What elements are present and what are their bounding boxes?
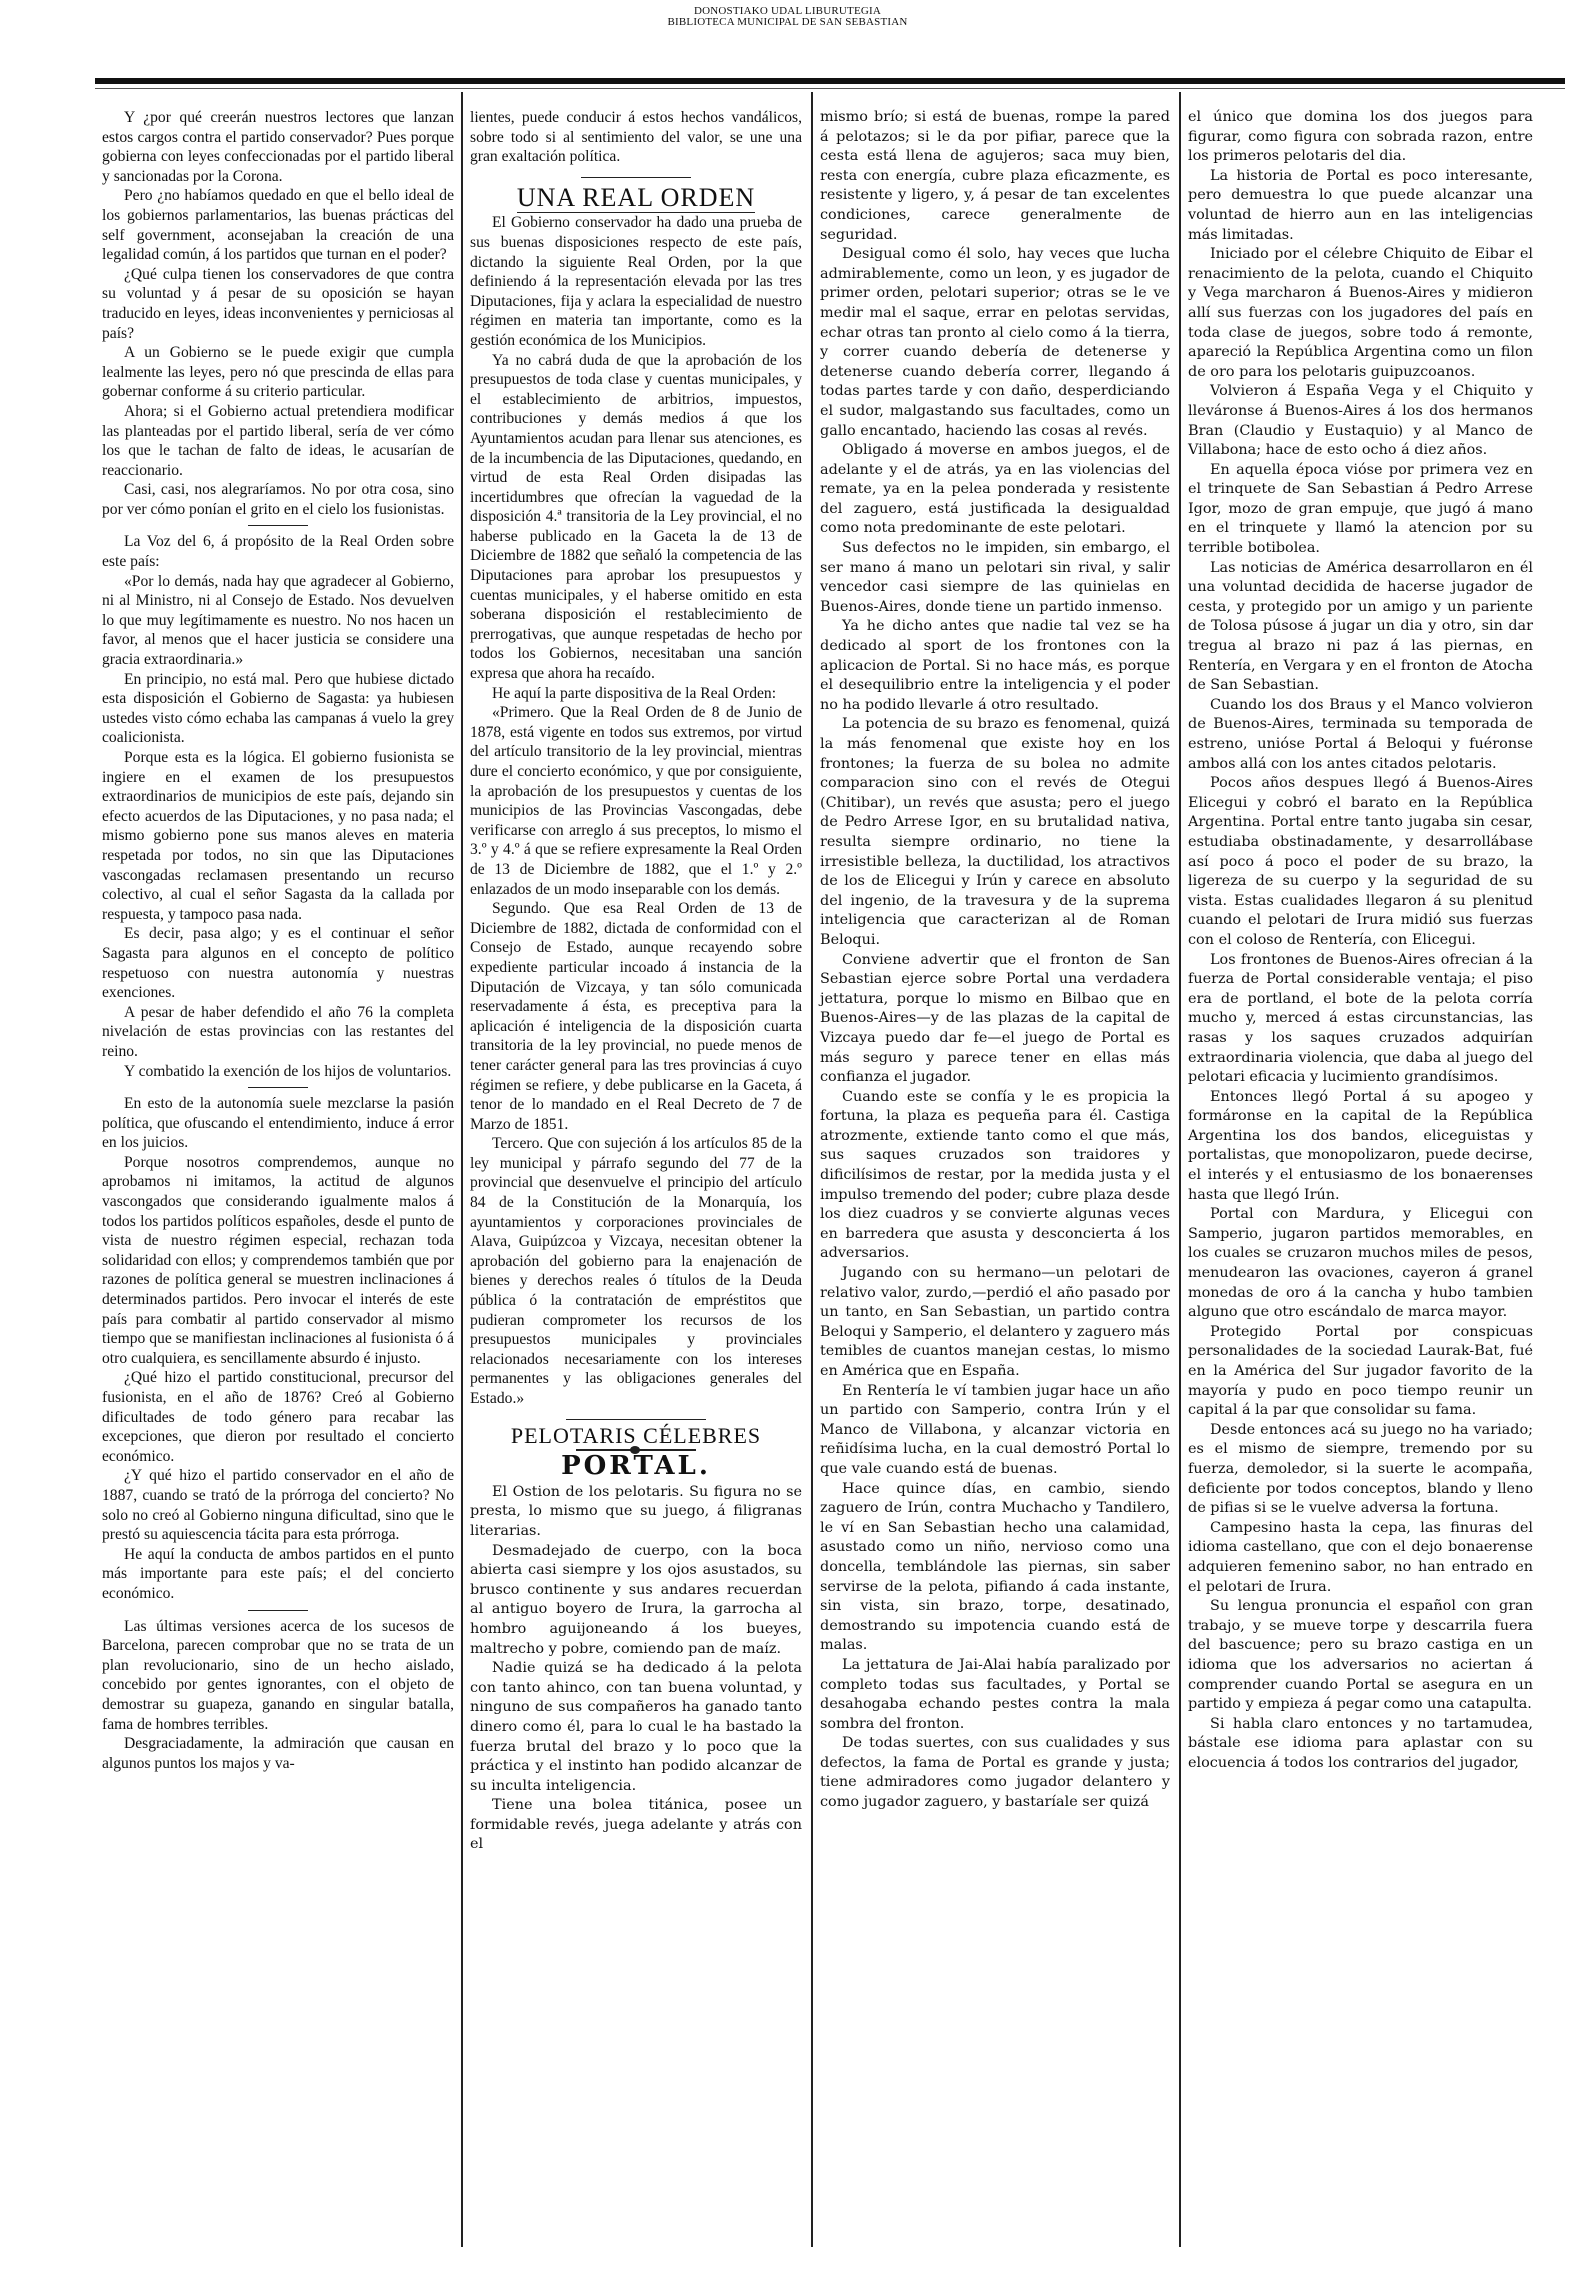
paragraph: De todas suertes, con sus cualidades y s… bbox=[820, 1734, 1170, 1812]
paragraph: Porque nosotros comprendemos, aunque no … bbox=[102, 1153, 454, 1369]
top-rule-thin bbox=[95, 88, 1565, 89]
paragraph: ¿Y qué hizo el partido conservador en el… bbox=[102, 1466, 454, 1544]
section-subheading-portal: PORTAL. bbox=[470, 1457, 802, 1477]
paragraph: A un Gobierno se le puede exigir que cum… bbox=[102, 343, 454, 402]
paragraph: Obligado á moverse en ambos juegos, el d… bbox=[820, 441, 1170, 539]
paragraph: La jettatura de Jai-Alai había paralizad… bbox=[820, 1656, 1170, 1734]
column-2: lientes, puede conducir á estos hechos v… bbox=[470, 108, 802, 1855]
paragraph: Iniciado por el célebre Chiquito de Eiba… bbox=[1188, 245, 1533, 382]
paragraph: Su lengua pronuncia el español con gran … bbox=[1188, 1597, 1533, 1715]
paragraph: «Primero. Que la Real Orden de 8 de Juni… bbox=[470, 703, 802, 899]
paragraph: La potencia de su brazo es fenomenal, qu… bbox=[820, 715, 1170, 950]
paragraph: Hace quince días, en cambio, siendo zagu… bbox=[820, 1480, 1170, 1656]
paragraph: Campesino hasta la cepa, las finuras del… bbox=[1188, 1519, 1533, 1597]
paragraph: Cuando los dos Braus y el Manco volviero… bbox=[1188, 696, 1533, 774]
paragraph: Ya no cabrá duda de que la aprobación de… bbox=[470, 351, 802, 684]
paragraph: Y ¿por qué creerán nuestros lectores que… bbox=[102, 108, 454, 186]
paragraph: Es decir, pasa algo; y es el continuar e… bbox=[102, 924, 454, 1002]
paragraph: Portal con Mardura, y Elicegui con Sampe… bbox=[1188, 1205, 1533, 1323]
column-3: mismo brío; si está de buenas, rompe la … bbox=[820, 108, 1170, 1813]
paragraph: Casi, casi, nos alegraríamos. No por otr… bbox=[102, 480, 454, 519]
column-1: Y ¿por qué creerán nuestros lectores que… bbox=[102, 108, 454, 1773]
column-divider-2 bbox=[811, 92, 813, 2247]
paragraph: La historia de Portal es poco interesant… bbox=[1188, 167, 1533, 245]
section-separator bbox=[581, 177, 691, 178]
paragraph: El Gobierno conservador ha dado una prue… bbox=[470, 213, 802, 350]
paragraph: La Voz del 6, á propósito de la Real Ord… bbox=[102, 532, 454, 571]
paragraph: Segundo. Que esa Real Orden de 13 de Dic… bbox=[470, 899, 802, 1134]
continued-paragraph: el único que domina los dos juegos para … bbox=[1188, 108, 1533, 167]
paragraph: Protegido Portal por conspicuas personal… bbox=[1188, 1323, 1533, 1421]
paragraph: He aquí la parte dispositiva de la Real … bbox=[470, 684, 802, 704]
paragraph: Las noticias de América desarrollaron en… bbox=[1188, 559, 1533, 696]
paragraph: Los frontones de Buenos-Aires ofrecian á… bbox=[1188, 951, 1533, 1088]
paragraph: Conviene advertir que el fronton de San … bbox=[820, 951, 1170, 1088]
section-heading-real-orden: UNA REAL ORDEN bbox=[470, 188, 802, 208]
paragraph: Cuando este se confía y le es propicia l… bbox=[820, 1088, 1170, 1264]
paragraph: Y combatido la exención de los hijos de … bbox=[102, 1062, 454, 1082]
paragraph: Tercero. Que con sujeción á los artículo… bbox=[470, 1134, 802, 1408]
continued-paragraph: mismo brío; si está de buenas, rompe la … bbox=[820, 108, 1170, 245]
paragraph: Sus defectos no le impiden, sin embargo,… bbox=[820, 539, 1170, 617]
paragraph: ¿Qué culpa tienen los conservadores de q… bbox=[102, 265, 454, 343]
portal-article-start: El Ostion de los pelotaris. Su figura no… bbox=[470, 1483, 802, 1855]
section-separator bbox=[566, 1419, 706, 1420]
paragraph: Pero ¿no habíamos quedado en que el bell… bbox=[102, 186, 454, 264]
paragraph: En aquella época vióse por primera vez e… bbox=[1188, 461, 1533, 559]
paragraph: En esto de la autonomía suele mezclarse … bbox=[102, 1094, 454, 1153]
column-4: el único que domina los dos juegos para … bbox=[1188, 108, 1533, 1773]
paragraph: Porque esta es la lógica. El gobierno fu… bbox=[102, 748, 454, 924]
paragraph: Entonces llegó Portal á su apogeo y form… bbox=[1188, 1088, 1533, 1206]
paragraph: ¿Qué hizo el partido constitucional, pre… bbox=[102, 1368, 454, 1466]
paragraph: En Rentería le ví tambien jugar hace un … bbox=[820, 1382, 1170, 1480]
paragraph: Si habla claro entonces y no tartamudea,… bbox=[1188, 1715, 1533, 1774]
quote-paragraph: «Por lo demás, nada hay que agradecer al… bbox=[102, 572, 454, 670]
paragraph: A pesar de haber defendido el año 76 la … bbox=[102, 1003, 454, 1062]
paragraph: Volvieron á España Vega y el Chiquito y … bbox=[1188, 382, 1533, 460]
paragraph: Desigual como él solo, hay veces que luc… bbox=[820, 245, 1170, 441]
paragraph: Pocos años despues llegó á Buenos-Aires … bbox=[1188, 774, 1533, 950]
paragraph: En principio, no está mal. Pero que hubi… bbox=[102, 670, 454, 748]
column-divider-1 bbox=[461, 92, 463, 2247]
paragraph: Desgraciadamente, la admiración que caus… bbox=[102, 1734, 454, 1773]
paragraph: Las últimas versiones acerca de los suce… bbox=[102, 1617, 454, 1735]
library-stamp: DONOSTIAKO UDAL LIBURUTEGIA BIBLIOTECA M… bbox=[0, 6, 1575, 28]
top-rule bbox=[95, 78, 1565, 84]
ornament-divider bbox=[576, 1449, 696, 1451]
paragraph: Ya he dicho antes que nadie tal vez se h… bbox=[820, 617, 1170, 715]
column-divider-3 bbox=[1179, 92, 1181, 2247]
paragraph: El Ostion de los pelotaris. Su figura no… bbox=[470, 1483, 802, 1542]
section-heading-pelotaris: PELOTARIS CÉLEBRES bbox=[470, 1426, 802, 1446]
paragraph: He aquí la conducta de ambos partidos en… bbox=[102, 1545, 454, 1604]
paragraph: Desmadejado de cuerpo, con la boca abier… bbox=[470, 1542, 802, 1660]
section-separator bbox=[248, 1087, 308, 1088]
section-separator bbox=[248, 525, 308, 526]
paragraph: Jugando con su hermano—un pelotari de re… bbox=[820, 1264, 1170, 1382]
paragraph: Tiene una bolea titánica, posee un formi… bbox=[470, 1796, 802, 1855]
paragraph: Ahora; si el Gobierno actual pretendiera… bbox=[102, 402, 454, 480]
heading-text: UNA REAL ORDEN bbox=[517, 183, 755, 213]
paragraph: Nadie quizá se ha dedicado á la pelota c… bbox=[470, 1659, 802, 1796]
continued-paragraph: lientes, puede conducir á estos hechos v… bbox=[470, 108, 802, 167]
library-name-spanish: BIBLIOTECA MUNICIPAL DE SAN SEBASTIAN bbox=[0, 17, 1575, 28]
paragraph: Desde entonces acá su juego no ha variad… bbox=[1188, 1421, 1533, 1519]
section-separator bbox=[248, 1610, 308, 1611]
